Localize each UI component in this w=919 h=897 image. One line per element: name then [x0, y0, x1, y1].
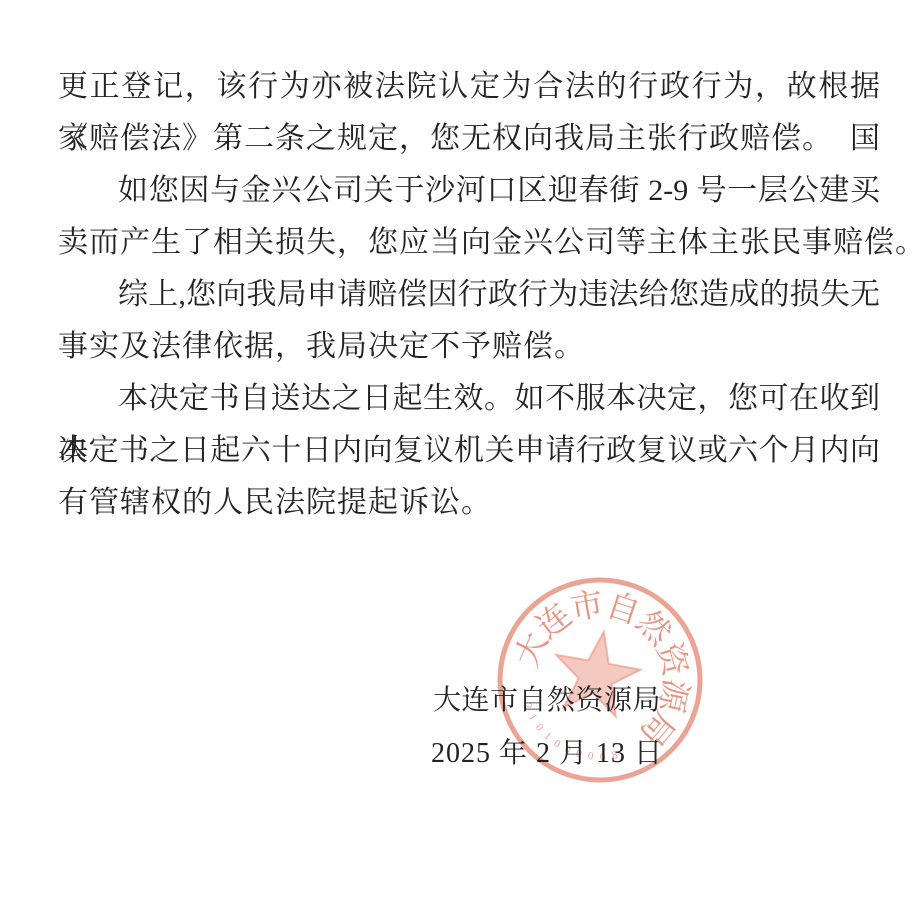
text-line: 本决定书自送达之日起生效。如不服本决定，您可在收到本 [58, 373, 880, 425]
text-line: 综上,您向我局申请赔偿因行政行为违法给您造成的损失无 [58, 269, 880, 321]
seal-ring-text: 资 [649, 639, 694, 682]
text-line: 家赔偿法》第二条之规定，您无权向我局主张行政赔偿。 [58, 113, 880, 165]
seal-ring-text: 市 [568, 586, 607, 628]
seal-ring-text: 自 [602, 587, 645, 631]
document-scan: 更正登记，该行为亦被法院认定为合法的行政行为，故根据《国家赔偿法》第二条之规定，… [0, 0, 919, 897]
seal-ring-text: 连 [530, 597, 578, 646]
signature-organization: 大连市自然资源局 [433, 684, 661, 718]
seal-ring-text: 大 [508, 627, 555, 672]
text-line: 有管辖权的人民法院提起诉讼。 [58, 477, 880, 529]
text-line: 如您因与金兴公司关于沙河口区迎春街 2-9 号一层公建买 [58, 165, 880, 217]
seal-code-digit: 0 [533, 722, 546, 734]
text-line: 决定书之日起六十日内向复议机关申请行政复议或六个月内向 [58, 425, 880, 477]
text-line: 卖而产生了相关损失，您应当向金兴公司等主体主张民事赔偿。 [58, 217, 880, 269]
document-body: 更正登记，该行为亦被法院认定为合法的行政行为，故根据《国家赔偿法》第二条之规定，… [58, 61, 880, 529]
signature-date: 2025 年 2 月 13 日 [431, 737, 663, 771]
text-line: 事实及法律依据，我局决定不予赔偿。 [58, 321, 880, 373]
seal-ring-text: 然 [629, 604, 679, 654]
text-line: 更正登记，该行为亦被法院认定为合法的行政行为，故根据《国 [58, 61, 880, 113]
